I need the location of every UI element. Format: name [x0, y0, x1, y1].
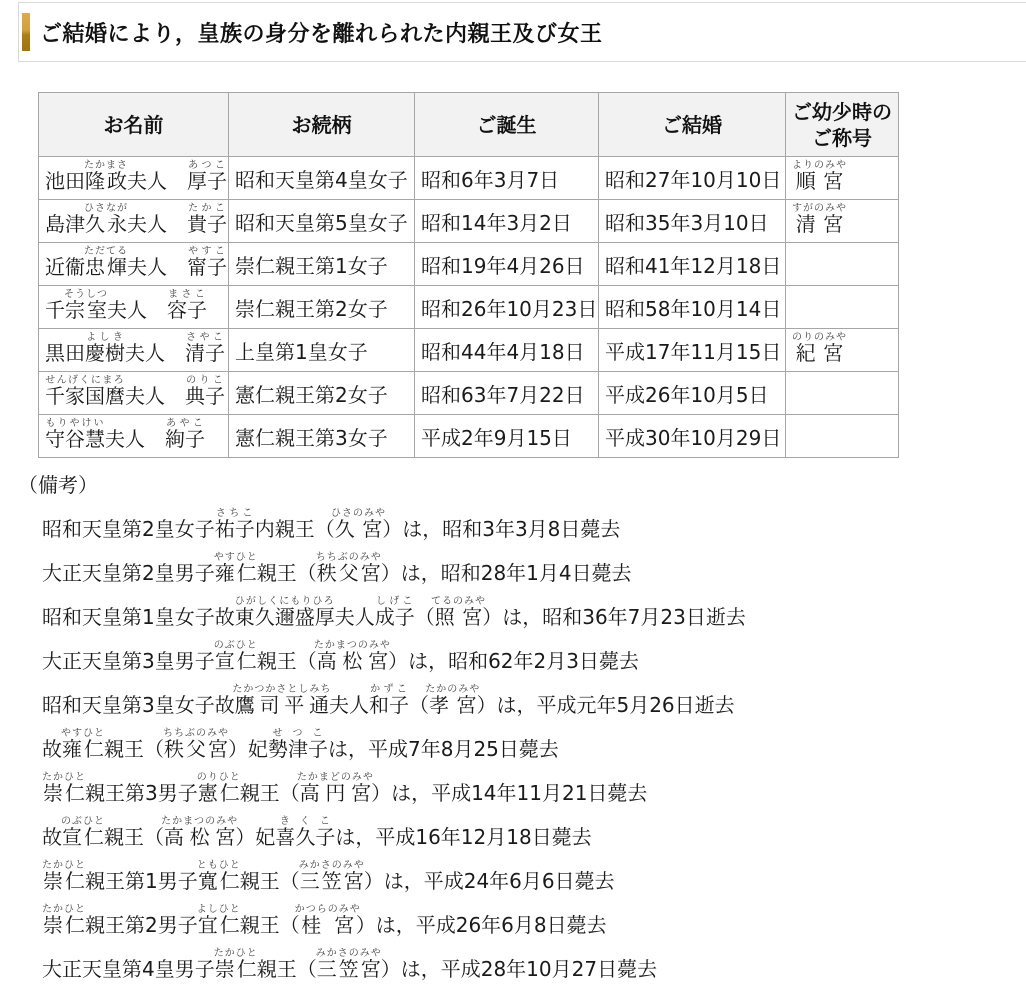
ruby-text: 雍仁やすひと [215, 561, 257, 585]
table-row: 守谷慧もりやけい夫人 絢子あやこ憲仁親王第3女子平成2年9月15日平成30年10… [39, 415, 899, 458]
ruby-text: 三笠宮みかさのみや [317, 957, 381, 981]
ruby-text: 祐子さちこ [215, 517, 255, 541]
remark-line: 大正天皇第2皇男子雍仁やすひと親王（秩父宮ちちぶのみや）は，昭和28年1月4日薨… [42, 552, 1026, 588]
furigana: よしき [85, 332, 125, 343]
furigana: あつこ [187, 160, 227, 171]
cell-birth: 昭和26年10月23日 [415, 286, 599, 329]
remarks-label: （備考） [18, 472, 1026, 498]
cell-name: 千家国麿せんげくにまろ夫人 典子のりこ [39, 372, 229, 415]
furigana: たかつかさとしみち [232, 684, 331, 695]
ruby-text: 秩父宮ちちぶのみや [164, 737, 228, 761]
remarks-list: 昭和天皇第2皇女子祐子さちこ内親王（久宮ひさのみや）は，昭和3年3月8日薨去大正… [18, 508, 1026, 984]
furigana: やすこ [187, 246, 227, 257]
cell-childhood-title: 順宮よりのみや [786, 157, 899, 200]
ruby-text: 鷹司平通たかつかさとしみち [235, 693, 329, 717]
furigana: ともひと [197, 860, 241, 871]
ruby-text: 宜仁よしひと [198, 913, 240, 937]
furigana: のりのみや [792, 332, 847, 343]
table-header-row: お名前お続柄ご誕生ご結婚ご幼少時のご称号 [39, 93, 899, 157]
furigana: たかこ [187, 203, 227, 214]
furigana: やすひと [214, 552, 258, 563]
ruby-text: 孝宮たかのみや [429, 693, 477, 717]
furigana: たかまつのみや [314, 640, 391, 651]
ruby-text: 和子かずこ [369, 693, 409, 717]
ruby-text: 隆政たかまさ [85, 169, 127, 193]
furigana: のりこ [185, 375, 225, 386]
furigana: ちちぶのみや [163, 728, 229, 739]
column-header: ご幼少時のご称号 [786, 93, 899, 157]
cell-childhood-title: 清宮すがのみや [786, 200, 899, 243]
ruby-text: 高松宮たかまつのみや [164, 825, 235, 849]
remark-line: 昭和天皇第1皇女子故東久邇盛厚ひがしくにもりひろ夫人成子しげこ（照宮てるのみや）… [42, 596, 1026, 632]
furigana: よしひと [197, 904, 241, 915]
column-header: ご誕生 [415, 93, 599, 157]
ruby-text: 高円宮たかまどのみや [300, 781, 371, 805]
cell-name: 守谷慧もりやけい夫人 絢子あやこ [39, 415, 229, 458]
furigana: せんげくにまろ [45, 375, 125, 386]
ruby-text: 桂宮かつらのみや [300, 913, 356, 937]
furigana: ひさなが [84, 203, 128, 214]
furigana: みかさのみや [316, 948, 382, 959]
ruby-text: 三笠宮みかさのみや [300, 869, 364, 893]
table-row: 池田隆政たかまさ夫人 厚子あつこ昭和天皇第4皇女子昭和6年3月7日昭和27年10… [39, 157, 899, 200]
table-row: 千家国麿せんげくにまろ夫人 典子のりこ憲仁親王第2女子昭和63年7月22日平成2… [39, 372, 899, 415]
remark-line: 故宣仁のぶひと親王（高松宮たかまつのみや）妃喜久子きくこは，平成16年12月18… [42, 816, 1026, 852]
ruby-text: 順宮よりのみや [792, 169, 847, 193]
cell-birth: 昭和19年4月26日 [415, 243, 599, 286]
cell-name: 黒田慶樹よしき夫人 清子さやこ [39, 329, 229, 372]
ruby-text: 宣仁のぶひと [62, 825, 104, 849]
ruby-text: 憲仁のりひと [198, 781, 240, 805]
ruby-text: 厚子あつこ [187, 169, 227, 193]
ruby-text: 喜久子きくこ [275, 825, 335, 849]
ruby-text: 雍仁やすひと [62, 737, 104, 761]
cell-birth: 昭和14年3月2日 [415, 200, 599, 243]
cell-name: 千宗室そうしつ夫人 容子まさこ [39, 286, 229, 329]
ruby-text: 貴子たかこ [187, 212, 227, 236]
cell-relation: 崇仁親王第2女子 [229, 286, 415, 329]
cell-childhood-title [786, 415, 899, 458]
furigana: きくこ [275, 816, 335, 827]
remarks-section: （備考） 昭和天皇第2皇女子祐子さちこ内親王（久宮ひさのみや）は，昭和3年3月8… [18, 472, 1026, 984]
ruby-text: 東久邇盛厚ひがしくにもりひろ [235, 605, 335, 629]
ruby-text: 崇仁たかひと [215, 957, 257, 981]
remark-line: 故雍仁やすひと親王（秩父宮ちちぶのみや）妃勢津子せつこは，平成7年8月25日薨去 [42, 728, 1026, 764]
furigana: かずこ [369, 684, 409, 695]
ruby-text: 久宮ひさのみや [335, 517, 383, 541]
cell-childhood-title [786, 243, 899, 286]
furigana: のぶひと [214, 640, 258, 651]
furigana: ひさのみや [331, 508, 386, 519]
cell-childhood-title: 紀宮のりのみや [786, 329, 899, 372]
remark-line: 大正天皇第4皇男子崇仁たかひと親王（三笠宮みかさのみや）は，平成28年10月27… [42, 948, 1026, 984]
ruby-text: 千家国麿せんげくにまろ [45, 384, 125, 408]
cell-birth: 昭和63年7月22日 [415, 372, 599, 415]
ruby-text: 容子まさこ [167, 298, 207, 322]
furigana: かつらのみや [295, 904, 361, 915]
ruby-text: 久永ひさなが [85, 212, 127, 236]
heading-accent-bar-icon [22, 13, 30, 51]
cell-relation: 憲仁親王第2女子 [229, 372, 415, 415]
remark-line: 昭和天皇第2皇女子祐子さちこ内親王（久宮ひさのみや）は，昭和3年3月8日薨去 [42, 508, 1026, 544]
ruby-text: 甯子やすこ [187, 255, 227, 279]
ruby-text: 崇仁たかひと [42, 869, 85, 893]
furigana: あやこ [165, 418, 205, 429]
cell-relation: 上皇第1皇女子 [229, 329, 415, 372]
furigana: てるのみや [431, 596, 486, 607]
cell-birth: 昭和6年3月7日 [415, 157, 599, 200]
cell-relation: 憲仁親王第3女子 [229, 415, 415, 458]
ruby-text: 勢津子せつこ [268, 737, 328, 761]
remark-line: 崇仁たかひと親王第1男子寬仁ともひと親王（三笠宮みかさのみや）は，平成24年6月… [42, 860, 1026, 896]
column-header: お続柄 [229, 93, 415, 157]
furigana: たかひと [42, 860, 86, 871]
furigana: もりやけい [45, 418, 105, 429]
furigana: たかまどのみや [297, 772, 374, 783]
ruby-text: 清宮すがのみや [792, 212, 847, 236]
cell-marriage: 昭和35年3月10日 [599, 200, 786, 243]
cell-marriage: 平成17年11月15日 [599, 329, 786, 372]
furigana: たかひと [214, 948, 258, 959]
ruby-text: 寬仁ともひと [198, 869, 240, 893]
cell-marriage: 昭和27年10月10日 [599, 157, 786, 200]
furigana: のぶひと [61, 816, 105, 827]
page-title: ご結婚により，皇族の身分を離れられた内親王及び女王 [40, 17, 603, 48]
ruby-text: 高松宮たかまつのみや [317, 649, 388, 673]
ruby-text: 宣仁のぶひと [215, 649, 257, 673]
cell-relation: 昭和天皇第4皇女子 [229, 157, 415, 200]
ruby-text: 慶樹よしき [85, 341, 125, 365]
column-header: ご結婚 [599, 93, 786, 157]
page: ご結婚により，皇族の身分を離れられた内親王及び女王 お名前お続柄ご誕生ご結婚ご幼… [0, 2, 1026, 984]
cell-name: 池田隆政たかまさ夫人 厚子あつこ [39, 157, 229, 200]
remark-line: 大正天皇第3皇男子宣仁のぶひと親王（高松宮たかまつのみや）は，昭和62年2月3日… [42, 640, 1026, 676]
remark-line: 崇仁たかひと親王第2男子宜仁よしひと親王（桂宮かつらのみや）は，平成26年6月8… [42, 904, 1026, 940]
furigana: ちちぶのみや [316, 552, 382, 563]
cell-childhood-title [786, 372, 899, 415]
furigana: さちこ [215, 508, 255, 519]
column-header: お名前 [39, 93, 229, 157]
remark-line: 崇仁たかひと親王第3男子憲仁のりひと親王（高円宮たかまどのみや）は，平成14年1… [42, 772, 1026, 808]
furigana: さやこ [185, 332, 225, 343]
furigana: せつこ [268, 728, 328, 739]
table-row: 黒田慶樹よしき夫人 清子さやこ上皇第1皇女子昭和44年4月18日平成17年11月… [39, 329, 899, 372]
cell-marriage: 平成26年10月5日 [599, 372, 786, 415]
ruby-text: 崇仁たかひと [42, 913, 85, 937]
ruby-text: 宗室そうしつ [65, 298, 107, 322]
cell-birth: 平成2年9月15日 [415, 415, 599, 458]
cell-name: 近衞忠煇ただてる夫人 甯子やすこ [39, 243, 229, 286]
ruby-text: 照宮てるのみや [435, 605, 483, 629]
table-row: 千宗室そうしつ夫人 容子まさこ崇仁親王第2女子昭和26年10月23日昭和58年1… [39, 286, 899, 329]
furigana: のりひと [197, 772, 241, 783]
royals-table: お名前お続柄ご誕生ご結婚ご幼少時のご称号 池田隆政たかまさ夫人 厚子あつこ昭和天… [38, 92, 899, 458]
table-row: 近衞忠煇ただてる夫人 甯子やすこ崇仁親王第1女子昭和19年4月26日昭和41年1… [39, 243, 899, 286]
furigana: たかひと [42, 904, 86, 915]
ruby-text: 絢子あやこ [165, 427, 205, 451]
cell-relation: 崇仁親王第1女子 [229, 243, 415, 286]
ruby-text: 清子さやこ [185, 341, 225, 365]
furigana: そうしつ [64, 289, 108, 300]
furigana: たかひと [42, 772, 86, 783]
ruby-text: 崇仁たかひと [42, 781, 85, 805]
furigana: まさこ [167, 289, 207, 300]
ruby-text: 秩父宮ちちぶのみや [317, 561, 381, 585]
ruby-text: 典子のりこ [185, 384, 225, 408]
cell-childhood-title [786, 286, 899, 329]
furigana: たかまさ [84, 160, 128, 171]
furigana: ひがしくにもりひろ [235, 596, 335, 607]
ruby-text: 紀宮のりのみや [792, 341, 847, 365]
cell-relation: 昭和天皇第5皇女子 [229, 200, 415, 243]
furigana: しげこ [375, 596, 415, 607]
remark-line: 昭和天皇第3皇女子故鷹司平通たかつかさとしみち夫人和子かずこ（孝宮たかのみや）は… [42, 684, 1026, 720]
furigana: たかまつのみや [161, 816, 238, 827]
furigana: たかのみや [425, 684, 480, 695]
ruby-text: 成子しげこ [375, 605, 415, 629]
ruby-text: 守谷慧もりやけい [45, 427, 105, 451]
ruby-text: 忠煇ただてる [85, 255, 127, 279]
cell-birth: 昭和44年4月18日 [415, 329, 599, 372]
cell-marriage: 昭和58年10月14日 [599, 286, 786, 329]
page-header: ご結婚により，皇族の身分を離れられた内親王及び女王 [18, 2, 1026, 62]
furigana: よりのみや [792, 160, 847, 171]
furigana: ただてる [84, 246, 128, 257]
furigana: みかさのみや [299, 860, 365, 871]
table-row: 島津久永ひさなが夫人 貴子たかこ昭和天皇第5皇女子昭和14年3月2日昭和35年3… [39, 200, 899, 243]
cell-marriage: 昭和41年12月18日 [599, 243, 786, 286]
cell-marriage: 平成30年10月29日 [599, 415, 786, 458]
furigana: すがのみや [792, 203, 847, 214]
cell-name: 島津久永ひさなが夫人 貴子たかこ [39, 200, 229, 243]
furigana: やすひと [61, 728, 105, 739]
